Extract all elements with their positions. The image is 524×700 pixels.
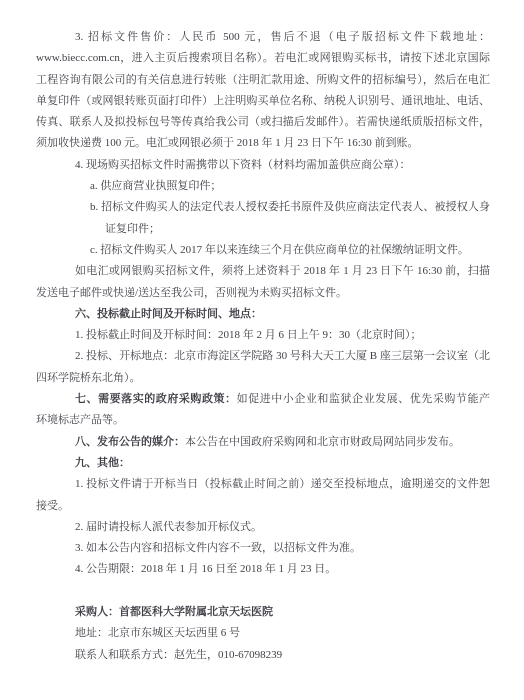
doc-purchaser-line: 采购人：首都医科大学附属北京天坛医院 [36,602,490,623]
doc-section9-heading: 九、其他： [36,453,490,474]
doc-address-line: 地址：北京市东城区天坛西里 6 号 [36,623,490,644]
doc-transfer-info-line: 单复印件（或网银转账页面打印件）上注明购买单位名称、纳税人识别号、通讯地址、电话… [36,91,490,112]
line-text: 4. 现场购买招标文件时需携带以下资料（材料均需加盖供应商公章）： [75,159,411,171]
doc-other1-cont-line: 接受。 [36,496,490,517]
line-text: 3. 招标文件售价：人民币 500 元，售后不退（电子版招标文件下载地址： [75,31,490,43]
line-text: 1. 投标文件请于开标当日（投标截止时间之前）递交至投标地点，逾期递交的文件恕不 [36,478,490,495]
line-text: 接受。 [36,500,69,512]
doc-item4-line: 4. 现场购买招标文件时需携带以下资料（材料均需加盖供应商公章）： [36,155,490,176]
doc-sale-price-line: 3. 招标文件售价：人民币 500 元，售后不退（电子版招标文件下载地址： [36,27,490,48]
line-text: 传真、联系人及拟投标包号等传真给我公司（或扫描后发邮件）。若需快递纸质版招标文件… [36,116,490,128]
doc-section6-heading: 六、投标截止时间及开标时间、地点： [36,304,490,325]
line-text: 联系人和联系方式：赵先生，010-67098239 [75,649,282,661]
line-text: 1. 投标截止时间及开标时间：2018 年 2 月 6 日上午 9：30（北京时… [75,329,422,341]
line-text: 须加收快递费 100 元。电汇或网银必须于 2018 年 1 月 23 日下午 … [36,137,419,149]
doc-other3-line: 3. 如本公告内容和招标文件内容不一致，以招标文件为准。 [36,538,490,559]
doc-remote-purchase-cont-line: 发送电子邮件或快递/送达至我公司，否则视为未购买招标文件。 [36,283,490,304]
line-bold-text: 八、发布公告的媒介： [75,436,185,448]
doc-item4c-line: c. 招标文件购买人 2017 年以来连续三个月在供应商单位的社保缴纳证明文件。 [36,240,490,261]
doc-other2-line: 2. 届时请投标人派代表参加开标仪式。 [36,517,490,538]
line-text: c. 招标文件购买人 2017 年以来连续三个月在供应商单位的社保缴纳证明文件。 [90,244,469,256]
doc-transfer-info-line: 传真、联系人及拟投标包号等传真给我公司（或扫描后发邮件）。若需快递纸质版招标文件… [36,112,490,133]
doc-item4a-line: a. 供应商营业执照复印件； [36,176,490,197]
line-text: 3. 如本公告内容和招标文件内容不一致，以招标文件为准。 [75,542,361,554]
line-text: 4. 公告期限：2018 年 1 月 16 日至 2018 年 1 月 23 日… [75,563,336,575]
doc-item4b-line: b. 招标文件购买人的法定代表人授权委托书原件及供应商法定代表人、被授权人身份 [36,197,490,218]
line-text: www.biecc.com.cn，进入主页后搜索项目名称）。若电汇或网银购买标书… [36,52,490,64]
line-text: 四环学院桥东北角）。 [36,372,141,384]
doc-venue-cont-line: 四环学院桥东北角）。 [36,368,490,389]
doc-transfer-info-line: 工程咨询有限公司的有关信息进行转账（注明汇款用途、所购文件的招标编号），然后在电… [36,70,490,91]
document-body: 3. 招标文件售价：人民币 500 元，售后不退（电子版招标文件下载地址：www… [36,27,490,666]
line-text: 发送电子邮件或快递/送达至我公司，否则视为未购买招标文件。 [36,287,347,299]
doc-blank-line [36,581,490,602]
doc-courier-fee-line: 须加收快递费 100 元。电汇或网银必须于 2018 年 1 月 23 日下午 … [36,133,490,154]
doc-download-url-line: www.biecc.com.cn，进入主页后搜索项目名称）。若电汇或网银购买标书… [36,48,490,69]
line-text: 2. 投标、开标地点：北京市海淀区学院路 30 号科大天工大厦 B 座三层第一会… [75,350,490,362]
doc-remote-purchase-line: 如电汇或网银购买招标文件，须将上述资料于 2018 年 1 月 23 日下午 1… [36,261,490,282]
line-text: 环境标志产品等。 [36,414,124,426]
line-text: a. 供应商营业执照复印件； [90,180,221,192]
line-text: 如电汇或网银购买招标文件，须将上述资料于 2018 年 1 月 23 日下午 1… [36,265,490,282]
line-text: 本公告在中国政府采购网和北京市财政局网站同步发布。 [185,436,460,448]
line-text: b. 招标文件购买人的法定代表人授权委托书原件及供应商法定代表人、被授权人身份 [36,201,490,218]
doc-item4b-cont-line: 证复印件； [36,219,490,240]
doc-deadline-line: 1. 投标截止时间及开标时间：2018 年 2 月 6 日上午 9：30（北京时… [36,325,490,346]
line-text: 工程咨询有限公司的有关信息进行转账（注明汇款用途、所购文件的招标编号），然后在电… [36,74,490,86]
line-text: 证复印件； [105,223,160,235]
doc-section8-heading: 八、发布公告的媒介：本公告在中国政府采购网和北京市财政局网站同步发布。 [36,432,490,453]
line-text: 地址：北京市东城区天坛西里 6 号 [75,627,240,639]
line-text: 2. 届时请投标人派代表参加开标仪式。 [75,521,262,533]
document-page: 3. 招标文件售价：人民币 500 元，售后不退（电子版招标文件下载地址：www… [0,0,524,700]
line-bold-text: 六、投标截止时间及开标时间、地点： [75,308,262,320]
line-text: 单复印件（或网银转账页面打印件）上注明购买单位名称、纳税人识别号、通讯地址、电话… [36,95,490,107]
line-bold-text: 采购人：首都医科大学附属北京天坛医院 [75,606,273,618]
doc-other1-line: 1. 投标文件请于开标当日（投标截止时间之前）递交至投标地点，逾期递交的文件恕不 [36,474,490,495]
line-bold-text: 七、需要落实的政府采购政策： [75,393,237,405]
doc-venue-line: 2. 投标、开标地点：北京市海淀区学院路 30 号科大天工大厦 B 座三层第一会… [36,346,490,367]
doc-other4-line: 4. 公告期限：2018 年 1 月 16 日至 2018 年 1 月 23 日… [36,559,490,580]
doc-section7-heading: 七、需要落实的政府采购政策：如促进中小企业和监狱企业发展、优先采购节能产品、 [36,389,490,410]
doc-contact-line: 联系人和联系方式：赵先生，010-67098239 [36,645,490,666]
doc-section7-cont-line: 环境标志产品等。 [36,410,490,431]
line-bold-text: 九、其他： [75,457,130,469]
